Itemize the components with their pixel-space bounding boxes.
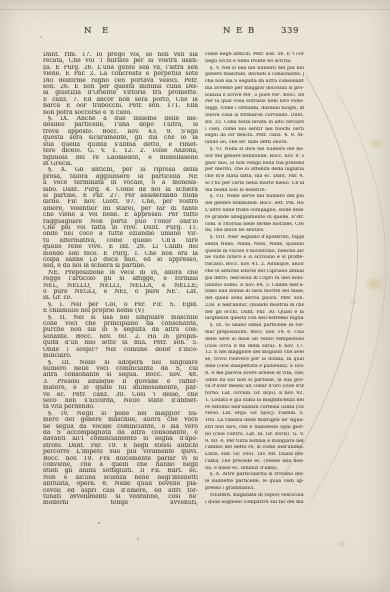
text-line: 8. A me pareva avere arnese di vita, che…: [205, 371, 304, 378]
text-line: mar preposizioni. Bocc. nov. 14. 6. Una: [205, 330, 304, 337]
text-line: genere maschile, davanti a consonante, p…: [205, 72, 304, 79]
text-line: taggi, come i cittadini, davansi luoghi,…: [205, 106, 304, 113]
text-line: come negli antichi. Petr. son. 56. E 'l …: [205, 52, 304, 59]
text-line: nimo alla donna di farsi morire del male…: [205, 289, 304, 296]
compass-arc-outer: [308, 90, 386, 505]
text-line: ne volte intero e si scrivano e si proff…: [205, 255, 304, 262]
text-line: se, trovò ricevere per la donna, la qual: [205, 357, 304, 364]
text-line: L'altre nelle triste compagne, suole ess…: [205, 208, 304, 215]
text-line: moderni tempi avvenuti,: [43, 500, 198, 506]
text-line: re Alfonso nell'usanza cortesia usata (c…: [205, 405, 304, 412]
text-line: NEBBIA. Ragunata di vapori vescicolari,: [205, 493, 304, 500]
text-line: va d'aver messo un collar d'oro (cioè d'…: [205, 384, 304, 391]
text-line: che m'è stata fatta, ma ec. Dant. Par. 4…: [205, 174, 304, 181]
text-line: no (cioè contro. Lat. in. Gr. κατά). G. …: [205, 432, 304, 439]
text-line: com. E ritornai nelle terme morales, Cre…: [205, 222, 304, 229]
text-line: ma avvente per maggior dolcezza si pro-: [205, 86, 304, 93]
ink-speck: [40, 36, 42, 38]
text-line: 160. La ridezza delle matrigne ne' figli…: [205, 418, 304, 425]
text-line: lando lei, che ne' miei detti onora.: [205, 140, 304, 147]
text-line: torno. Lat. circum. Gr. περί). E nov. 92…: [205, 391, 304, 398]
text-line: Inf. 32. Colla testa levata in alto cerc…: [205, 120, 304, 127]
text-line: 9. 60. 4. Per tutta notizia e mangiare n…: [205, 439, 304, 446]
text-line: nunzia e scrive Ne', o pure Nè'. Bocc. I…: [205, 93, 304, 100]
text-line: §. VII. Nelle serve nel numero del più: [205, 194, 304, 201]
text-line: queste in vocale s'incontrino, benchè al…: [205, 249, 304, 256]
text-line: §. IX. Si usano simili particelle in for…: [205, 323, 304, 330]
text-line: ma beata non lo mentire.: [205, 188, 304, 195]
text-line: na, e disse ec. innanzi d'alba).: [205, 466, 304, 473]
text-line: che le antiche istorie del Cipriano abbi…: [205, 269, 304, 276]
text-line: i quali sogliono comparire sul far del m…: [205, 500, 304, 507]
text-line: Io t'ho per certo nella morte meno, Ch'a…: [205, 181, 304, 188]
text-line: negli occhi e nella fronte ho scritta.: [205, 59, 304, 66]
text-line: le suddette particelle, le quali vedi ap…: [205, 479, 304, 486]
text-line: chè non sia S seguita da altra consonant…: [205, 79, 304, 86]
running-title-left: N E: [84, 26, 112, 36]
text-line: nor del genere femminile. Bocc. nov. 9. …: [205, 154, 304, 161]
text-line: del quale avea servia paura. Petr. son.: [205, 296, 304, 303]
text-line: §. X. Altre particolarità si trovano del…: [205, 472, 304, 479]
foxing-stain: [363, 276, 385, 292]
running-title-right: N E B: [223, 26, 256, 36]
text-column-left: Dant. rim. 17. Io prego voi, se non ven …: [43, 52, 198, 507]
text-line: §. VI. Nella si dice nel numero del mi-: [205, 147, 304, 154]
text-line: 12. E nel maggiore del disgusto che aves…: [205, 350, 304, 357]
text-line: lissimo uomo. E nov. 64. 2. Cadde nell'a…: [205, 283, 304, 290]
text-line: dine (cioè inaspettata e pazienza). E no…: [205, 364, 304, 371]
text-line: verso. Lat. erga. Gr. πρός). Fiamm. 5.: [205, 411, 304, 418]
text-line: segni da lor deschi. Petr. canz. 4. 9. A…: [205, 133, 304, 140]
page-number: 339: [281, 26, 299, 36]
text-line: senta Nello, Nella, Nelli, Nelle, quando: [205, 242, 304, 249]
text-line: re grande alleggiamento di quelle. E'str…: [205, 215, 304, 222]
text-column-right: come negli antichi. Petr. son. 56. E 'l …: [205, 52, 304, 506]
text-line: già detto, nell'isola di Capri fu uno no…: [205, 276, 304, 283]
text-line: 1. Lodata è già stata la magnificenza de…: [205, 398, 304, 405]
text-line: nuova cosa si formaron curvando. Dant.: [205, 113, 304, 120]
text-line: §. V. Nel si usa nel numero del più nel: [205, 66, 304, 73]
text-line: larghezza questa con nell'estremo foglia…: [205, 316, 304, 323]
text-line: de, che dolce lei sentire.: [205, 228, 304, 235]
text-line: riscano. Bocc. nov. 41. 2. Adunque, anco…: [205, 262, 304, 269]
text-line: udito da noi non si partisse, la sua pro…: [205, 378, 304, 385]
text-line: 238. E nell'andar, Quando mostrai di chi…: [205, 303, 304, 310]
text-line: gnor mio, io non venga nella tua presenz…: [205, 161, 304, 168]
text-line: i cieli, come noi sentir nei fuochi cert…: [205, 127, 304, 134]
text-line: der gli occhi. Dant. Par. 30. Quasi è la: [205, 310, 304, 317]
book-page-scan: N E N E B 339 Dant. rim. 17. Io prego vo…: [0, 0, 390, 592]
text-line: stri non dirò, chè è manifesto ogni gior…: [205, 425, 304, 432]
text-line: presso i grammatici.: [205, 486, 304, 493]
text-line: delle sere si mise un vento tempestoso: [205, 337, 304, 344]
text-line: del genere femminile. Bocc. lett. Pin. R…: [205, 201, 304, 208]
text-line: per merito, che io attenda della ingiuri…: [205, 167, 304, 174]
foxing-stain: [368, 138, 384, 149]
text-line: Latin. sub. Gr. ὑπό). Tav. Rit. Diana ne…: [205, 452, 304, 459]
ink-speck: [137, 538, 139, 540]
text-line: §. VIII. Nell' segnato d'apostrofo, rapp…: [205, 235, 304, 242]
foxing-stain: [336, 540, 348, 548]
text-line: Per la qual cosa entrassi nelli loro rom…: [205, 99, 304, 106]
text-line: l'alba, che precede ec. (Venne una don-: [205, 459, 304, 466]
scan-top-edge-shadow: [0, 0, 390, 7]
ink-speck: [98, 522, 100, 524]
scan-crease-line: [0, 9, 390, 10]
text-line: (cioè circa il fin della sera). E nov. 1…: [205, 344, 304, 351]
text-line: l'animo del detto re, sì come nell'animo…: [205, 445, 304, 452]
foxing-stain: [348, 298, 358, 305]
